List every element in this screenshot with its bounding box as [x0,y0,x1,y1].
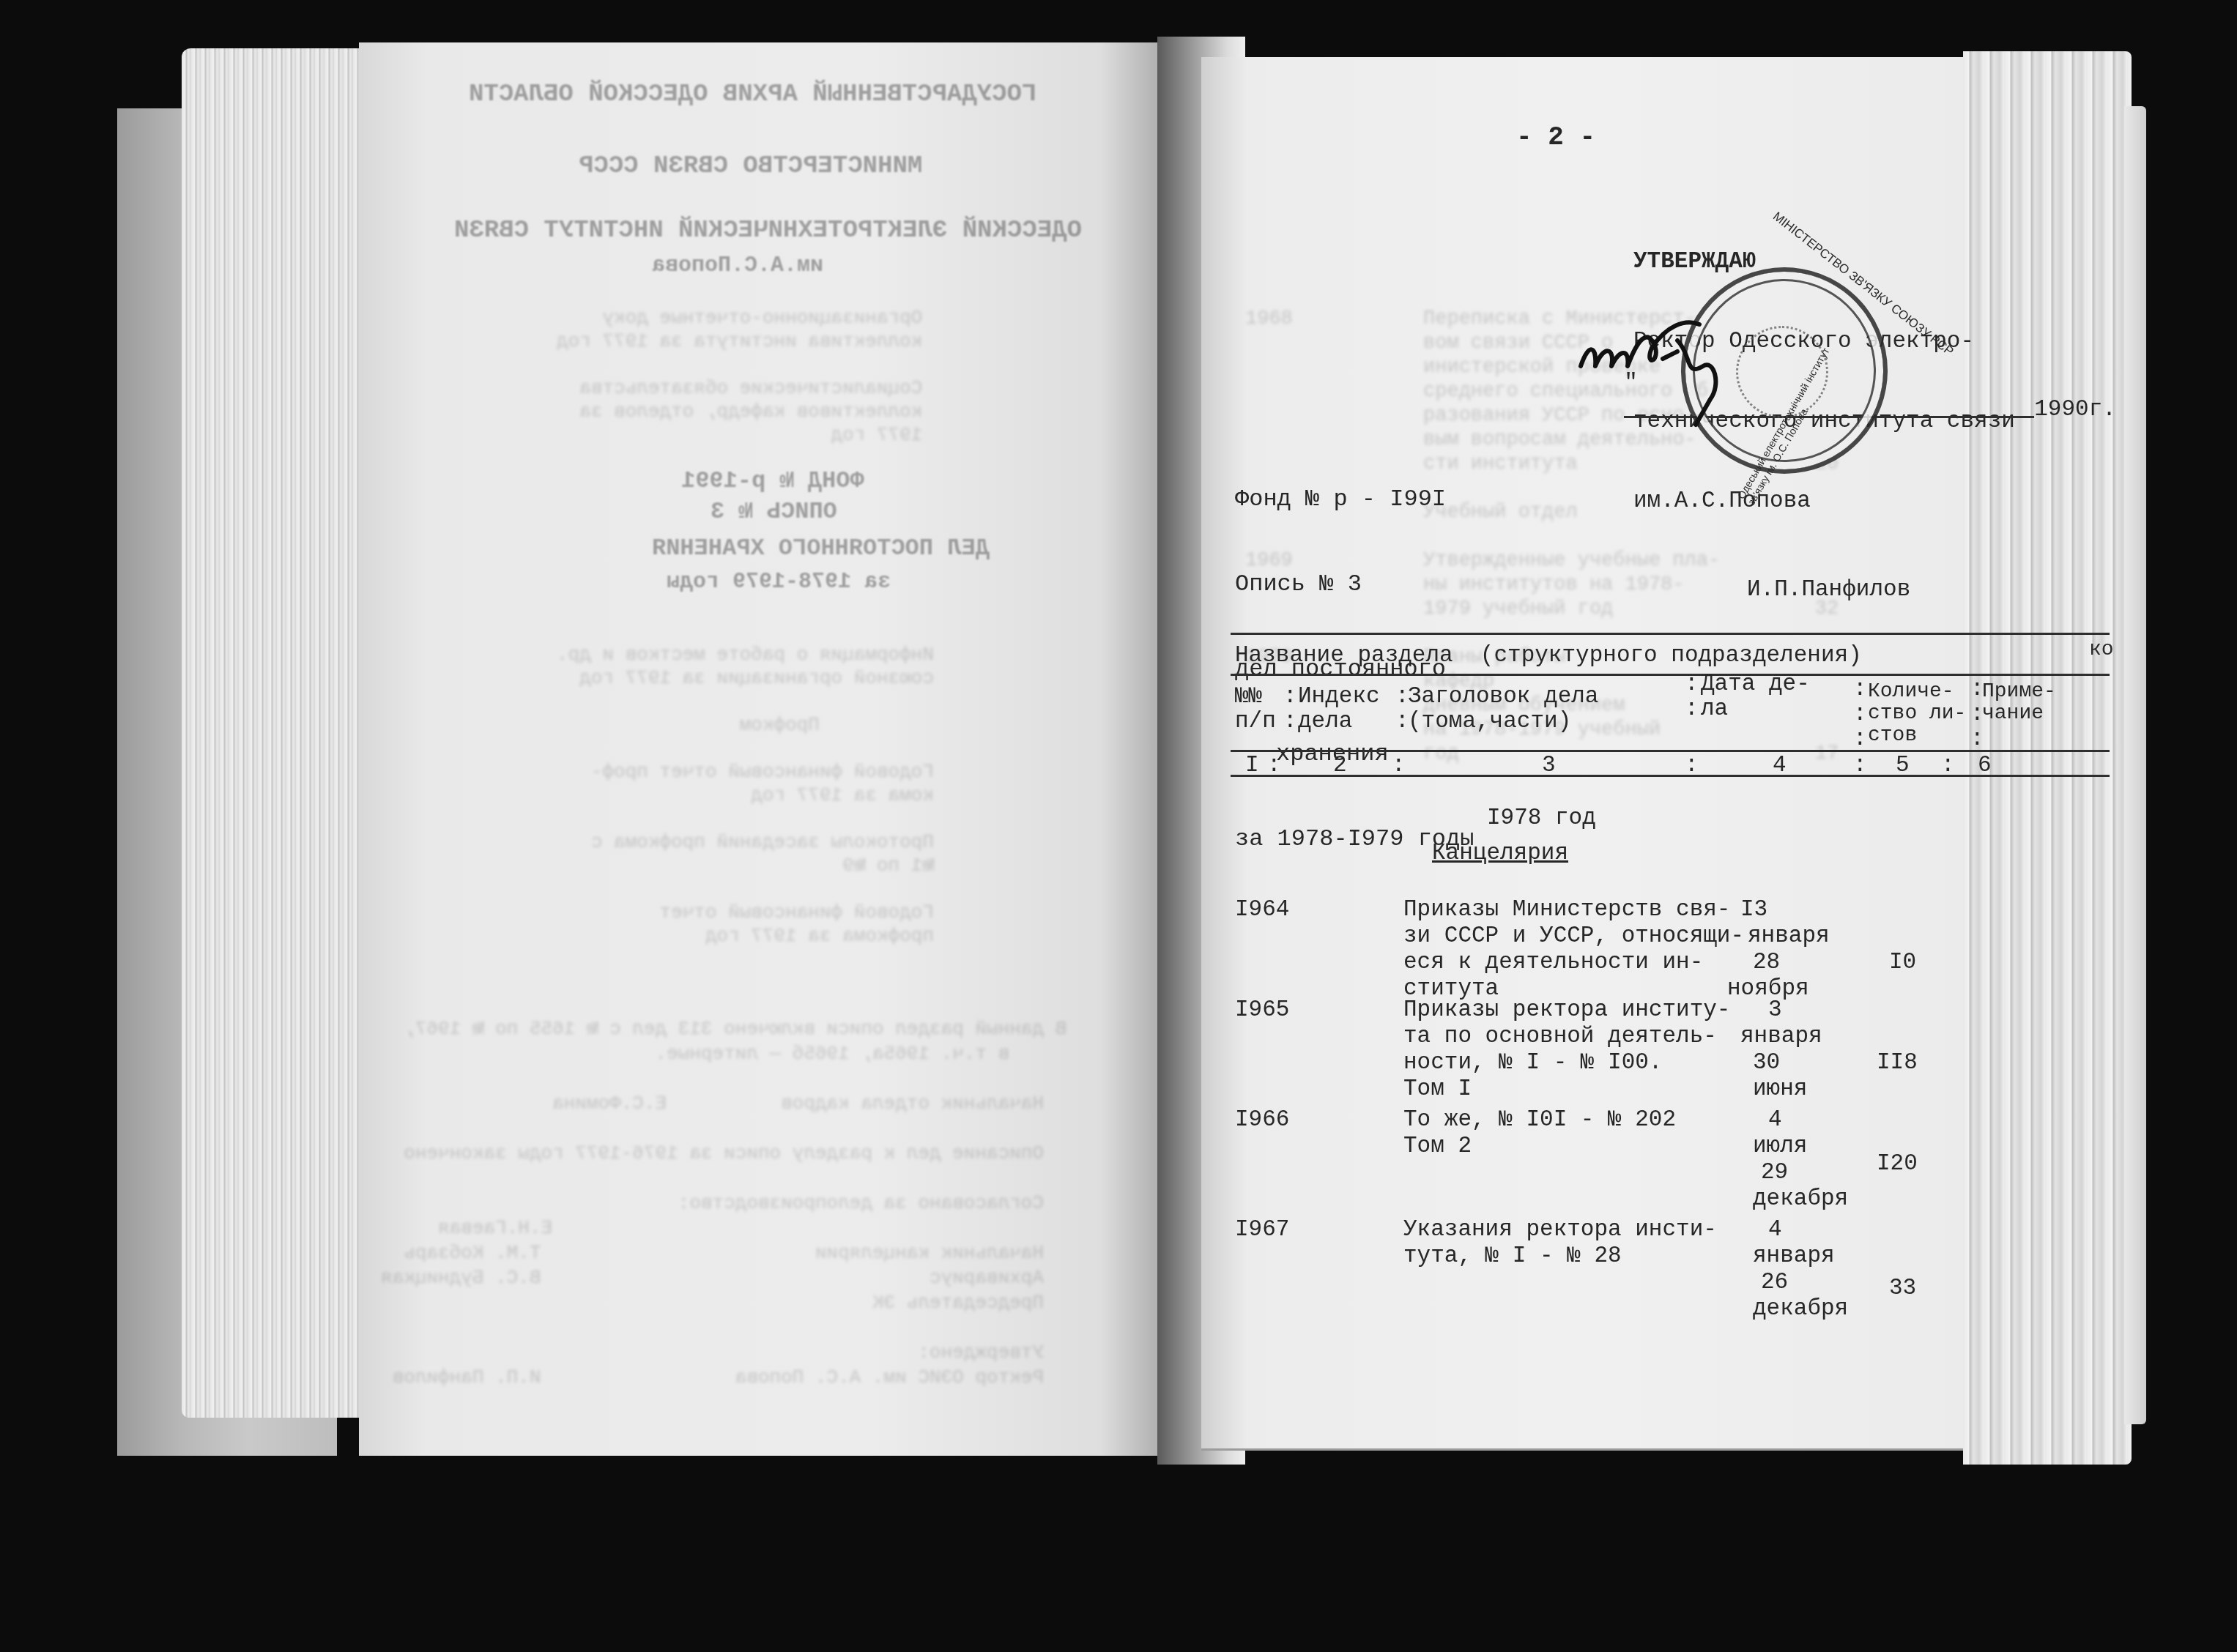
ghost-opis: ОПИСЬ № 3 [711,498,837,525]
col-4-line-1: Дата де- [1701,672,1810,697]
row-date-end-day: 30 [1753,1050,1780,1076]
signature-icon [1575,297,1765,428]
left-page: ГОСУДАРСТВЕННЫЙ АРХИВ ОДЕССКОЙ ОБЛАСТИ М… [359,42,1201,1456]
title-line: Том I [1403,1076,1730,1103]
col-head-2: Индексдела [1298,685,1380,734]
row-date-start-month: января [1748,923,1830,950]
col-head-3: Заголовок дела(тома,части) [1408,685,1598,734]
row-date-end-month: декабря [1753,1186,1848,1213]
row-date-end-day: 26 [1761,1270,1788,1296]
title-line: та по основной деятель- [1403,1024,1730,1050]
col-num-sep-3: : [1685,753,1699,779]
row-title: То же, № I0I - № 202Том 2 [1403,1107,1676,1160]
col-num-sep-2: : [1392,753,1406,779]
row-sheets: 33 [1889,1276,1916,1302]
row-title: Приказы Министерств свя-зи СССР и УССР, … [1403,897,1744,1002]
col-num-3: 3 [1542,753,1556,779]
col-5-line-2: ство ли- [1868,703,1966,725]
title-line: ности, № I - № I00. [1403,1050,1730,1076]
right-page-edge [2124,106,2146,1424]
row-date-start-day: I3 [1740,897,1767,923]
col-4-line-2: ла [1701,697,1810,722]
row-date-start-day: 4 [1768,1107,1782,1134]
title-line: Приказы Министерств свя- [1403,897,1744,923]
left-page-stack [182,48,372,1418]
table-row: I967 Указания ректора инсти-тута, № I - … [1235,1217,1262,1428]
col-num-sep-4: : [1853,753,1867,779]
row-date-start-month: января [1740,1024,1822,1050]
title-line: Указания ректора инсти- [1403,1217,1717,1243]
row-number: I964 [1235,897,1289,923]
row-date-start-month: июля [1753,1134,1807,1160]
col-5-line-1: Количе- [1868,681,1966,703]
row-date-end-day: 28 [1753,950,1780,976]
col-num-4: 4 [1773,753,1787,779]
col-5-line-3: стов [1868,725,1966,747]
col-num-5: 5 [1896,753,1910,779]
col-1-line-2: п/п [1235,710,1276,734]
col-2-line-2: дела [1298,710,1380,734]
title-line: Том 2 [1403,1134,1676,1160]
col-num-sep-1: : [1267,753,1281,779]
col-head-5: Количе-ство ли-стов [1868,681,1966,747]
page-number: - 2 - [1516,124,1595,151]
cut-off-text: ко [2089,637,2114,663]
col-sep-2: :: [1395,685,1409,734]
row-date-start-day: 4 [1768,1217,1782,1243]
row-date-end-month: июня [1753,1076,1807,1103]
row-number: I966 [1235,1107,1289,1134]
approval-line-3: им.А.С.Попова [1633,488,2015,516]
col-num-sep-5: : [1941,753,1955,779]
row-date-start-day: 3 [1768,997,1782,1024]
fond-number: Фонд № р - I99I [1235,486,1474,518]
col-3-line-1: Заголовок дела [1408,685,1598,710]
col-head-4: Дата де-ла [1701,672,1810,722]
row-title: Приказы ректора институ-та по основной д… [1403,997,1730,1103]
col-6-line-2: чание [1982,703,2056,725]
row-date-end-month: декабря [1753,1296,1848,1322]
ghost-block-3: В данный раздел описи включено 313 дел с… [381,1016,1066,1390]
title-line: Приказы ректора институ- [1403,997,1730,1024]
col-head-6: Приме-чание [1982,681,2056,725]
opis-number: Опись № 3 [1235,571,1474,603]
col-sep-4: ::: [1853,677,1867,752]
year-heading: I978 год [1487,805,1596,832]
row-sheets: I0 [1889,950,1916,976]
approval-signer: И.П.Панфилов [1633,577,2015,604]
row-number: I967 [1235,1217,1289,1243]
col-head-1: №№п/п [1235,685,1276,734]
ghost-ministry: МИНИСТЕРСТВО СВЯЗИ СССР [579,152,922,180]
col-num-2: 2 [1333,753,1347,779]
col-num-1: I [1245,753,1259,779]
table-rule-section [1231,674,2110,676]
row-sheets: II8 [1877,1050,1918,1076]
col-num-6: 6 [1978,753,1992,779]
title-line: тута, № I - № 28 [1403,1243,1717,1270]
col-6-line-1: Приме- [1982,681,2056,703]
col-3-line-2: (тома,части) [1408,710,1598,734]
col-sep-3: :: [1685,672,1699,722]
col-2-line-1: Индекс [1298,685,1380,710]
row-title: Указания ректора инсти-тута, № I - № 28 [1403,1217,1717,1270]
ghost-storage: ДЕЛ ПОСТОЯННОГО ХРАНЕНИЯ [652,535,990,562]
ghost-block-1: Организационно-отчетные доку коллектива … [557,306,922,447]
ghost-block-2: Информация о работе местков и др. союзно… [557,643,934,948]
title-line: зи СССР и УССР, относящи- [1403,923,1744,950]
col-sep-1: :: [1283,685,1297,734]
ghost-institute: ОДЕССКИЙ ЭЛЕКТРОТЕХНИЧЕСКИЙ ИНСТИТУТ СВЯ… [454,217,1082,245]
title-line: еся к деятельности ин- [1403,950,1744,976]
row-date-start-month: января [1753,1243,1835,1270]
ghost-years: за 1978-1979 годы [667,570,891,595]
ghost-fond: ФОНД № р-1991 [681,467,864,494]
col-1-line-1: №№ [1235,685,1276,710]
row-sheets: I20 [1877,1151,1918,1177]
department-heading: Канцелярия [1432,841,1568,867]
table-rule-top [1231,633,2110,635]
ghost-institute-name: им.А.С.Попова [652,253,823,278]
ghost-archive-title: ГОСУДАРСТВЕННЫЙ АРХИВ ОДЕССКОЙ ОБЛАСТИ [469,81,1036,108]
title-line: То же, № I0I - № 202 [1403,1107,1676,1134]
section-label: Название раздела (структурного подраздел… [1235,643,1862,669]
row-number: I965 [1235,997,1289,1024]
row-date-end-day: 29 [1761,1160,1788,1186]
approval-year: 1990г. [2034,397,2116,423]
